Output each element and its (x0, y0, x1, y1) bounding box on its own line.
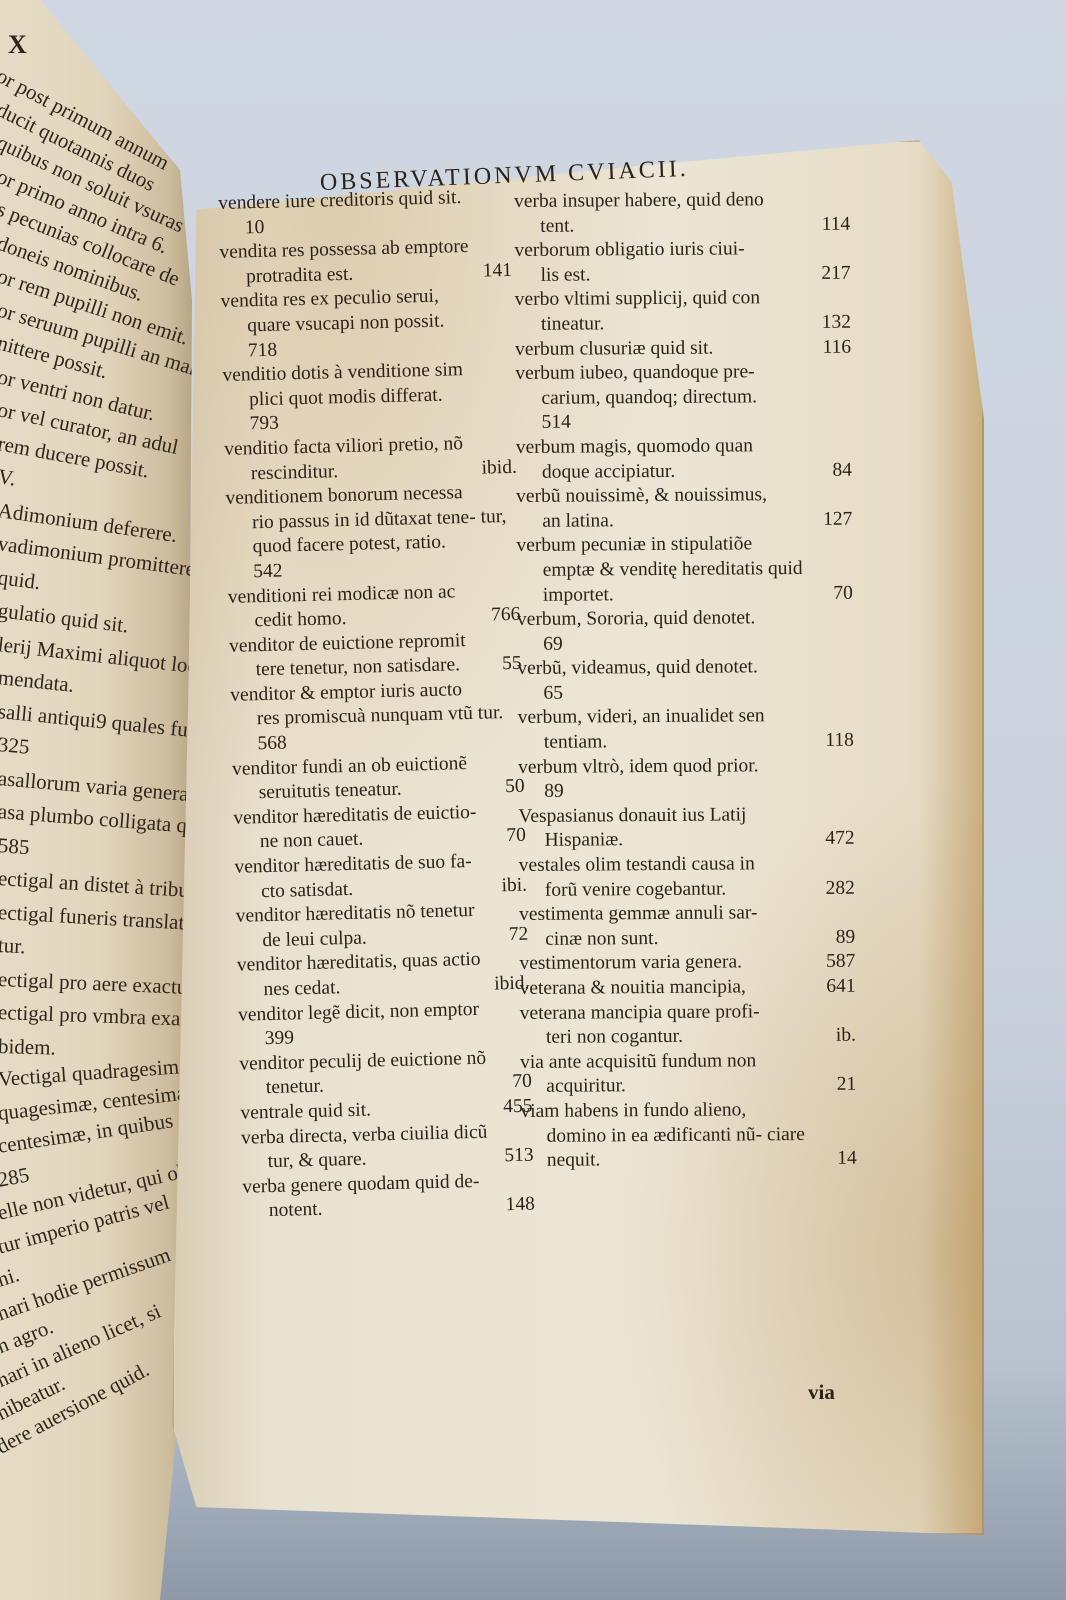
index-entry: verbum, videri, an inualidet sententiam.… (518, 704, 854, 756)
index-entry: verbo vltimi supplicij, quid contineatur… (515, 286, 851, 338)
left-page-line: salli antiqui9 quales fueri (0, 699, 211, 745)
index-entry-heading: verbum clusuriæ quid sit. (515, 335, 851, 362)
index-column-right: verba insuper habere, quid denotent.114v… (514, 188, 857, 1174)
index-entry: venditor & emptor iuris auctores promisc… (230, 677, 524, 758)
index-entry: verbũ nouissimè, & nouissimus,an latina.… (516, 483, 852, 535)
index-column-left: vendere iure creditoris quid sit.10vendi… (218, 185, 535, 1225)
index-entry-page-number: 118 (825, 729, 854, 754)
index-entry: venditor legẽ dicit, non emptor399 (238, 996, 531, 1052)
index-entry: venditionem bonorum necessario passus in… (225, 480, 519, 585)
index-entry-heading: verborum obligatio iuris ciui- (514, 237, 850, 264)
index-entry: venditor peculij de euictione nõtenetur.… (239, 1045, 532, 1101)
index-entry: viam habens in fundo alieno,domino in ea… (520, 1098, 857, 1174)
left-page-line: 285 (0, 1162, 31, 1192)
index-entry: venditioni rei modicæ non accedit homo.7… (228, 578, 521, 634)
index-entry-page-number: 70 (833, 581, 853, 606)
index-entry-continuation: carium, quandoq; directum. (515, 384, 851, 411)
index-entry-heading: viam habens in fundo alieno, (520, 1098, 856, 1125)
index-entry: venditio facta viliori pretio, nõrescind… (224, 431, 517, 487)
index-entry: vestales olim testandi causa inforũ veni… (519, 852, 855, 904)
index-entry-heading: verbum, Sororia, quid denotet. (517, 606, 853, 633)
index-entry-page-number: 141 (482, 259, 512, 284)
index-entry-heading: verbum magis, quomodo quan (516, 434, 852, 461)
index-entry-continuation: acquiritur. (520, 1073, 856, 1100)
index-entry: verba insuper habere, quid denotent.114 (514, 188, 850, 240)
left-page-line: 585 (0, 833, 30, 860)
index-entry: verborum obligatio iuris ciui-lis est.21… (514, 237, 850, 289)
index-entry: Vespasianus donauit ius LatijHispaniæ.47… (518, 802, 854, 854)
index-entry-heading: verbum vltrò, idem quod prior. (518, 753, 854, 780)
index-entry: verbum pecuniæ in stipulatiõeemptæ & ven… (516, 532, 853, 608)
left-page-line: bidem. (0, 1034, 56, 1061)
left-page-text: or post primum annumducit quotannis duos… (0, 0, 195, 1600)
index-entry-continuation: tentiam. (518, 729, 854, 756)
index-entry-continuation: an latina. (516, 507, 852, 534)
left-page-line: ectigal an distet à tributo. (0, 866, 211, 904)
index-entry-page-number: 282 (826, 876, 855, 901)
book-photograph: X or post primum annumducit quotannis du… (0, 0, 1066, 1600)
index-entry-heading: verbo vltimi supplicij, quid con (515, 286, 851, 313)
index-entry: vendita res possessa ab emptoreprotradit… (219, 234, 512, 290)
index-entry: venditor hæreditatis de suo fa-cto satis… (234, 849, 527, 905)
index-entry-heading: veterana mancipia quare profi- (520, 999, 856, 1026)
index-entry-heading: vestimenta gemmæ annuli sar- (519, 901, 855, 928)
index-entry-continuation: teri non cogantur. (520, 1024, 856, 1051)
index-entry-heading: verbũ, videamus, quid denotet. (517, 655, 853, 682)
index-entry-heading: veterana & nouitia mancipia, (519, 975, 855, 1002)
index-entry: veterana mancipia quare profi-teri non c… (520, 999, 856, 1051)
index-entry-page-number: 587 (826, 950, 855, 975)
index-entry-heading: via ante acquisitũ fundum non (520, 1048, 856, 1075)
index-entry: verba directa, verba ciuilia dicũtur, & … (241, 1119, 534, 1175)
index-entry-page-number: 148 (505, 1193, 535, 1218)
index-entry: vendere iure creditoris quid sit.10 (218, 185, 511, 241)
index-entry-continuation: forũ venire cogebantur. (519, 876, 855, 903)
index-entry-continuation: Hispaniæ. (518, 827, 854, 854)
index-entry: venditor fundi an ob euictionẽseruitutis… (232, 750, 525, 806)
left-page-line: tur. (0, 933, 26, 959)
index-entry: verbum iubeo, quandoque pre-carium, quan… (515, 360, 852, 436)
index-entry-page-number: 116 (822, 335, 851, 360)
index-entry: verba genere quodam quid de-notent.148 (242, 1168, 535, 1224)
index-entry: venditor hæreditatis nõ teneturde leui c… (235, 898, 528, 954)
index-entry: verbum, Sororia, quid denotet.69 (517, 606, 853, 658)
index-entry-page-number: 89 (518, 778, 854, 805)
index-entry-page-number: 514 (516, 409, 852, 436)
index-entry-page-number: 21 (837, 1073, 857, 1098)
index-entry: verbum clusuriæ quid sit.116 (515, 335, 851, 362)
index-entry: via ante acquisitũ fundum nonacquiritur.… (520, 1048, 856, 1100)
index-entry: venditor de euictione repromittere tenet… (229, 627, 522, 683)
index-entry-page-number: 127 (823, 507, 852, 532)
left-page-line: ectigal pro aere exactum. (0, 967, 209, 1001)
index-entry: venditor hæreditatis, quas actiones ceda… (237, 947, 530, 1003)
index-entry-page-number: 69 (517, 630, 853, 657)
index-entry-page-number: 14 (837, 1147, 857, 1172)
index-entry-page-number: 472 (825, 827, 854, 852)
index-entry-heading: Vespasianus donauit ius Latij (518, 802, 854, 829)
index-entry-continuation: rio passus in id dũtaxat tene- tur, quod… (226, 504, 519, 560)
index-entry-heading: verbum iubeo, quandoque pre- (515, 360, 851, 387)
index-entry-continuation: emptæ & venditę hereditatis quid importe… (517, 557, 853, 609)
left-page-line: 325 (0, 732, 31, 760)
index-entry-page-number: 641 (826, 975, 855, 1000)
index-entry-heading: verbum pecuniæ in stipulatiõe (516, 532, 852, 559)
index-entry-heading: verbum, videri, an inualidet sen (518, 704, 854, 731)
left-page-line: V. (0, 464, 17, 491)
index-entry-page-number: ib. (836, 1024, 856, 1049)
index-entry-page-number: 89 (836, 925, 856, 950)
left-page-line: quid. (0, 565, 42, 595)
left-page-line: gulatio quid sit. (0, 598, 130, 638)
index-entry: venditio dotis à venditione simplici quo… (222, 357, 516, 438)
index-entry-continuation: cinæ non sunt. (519, 925, 855, 952)
left-page-line: ectigal funeris translati (0, 900, 191, 936)
index-entry-page-number: 217 (821, 261, 850, 286)
index-entry-page-number: 132 (822, 311, 851, 336)
left-page-line: mendata. (0, 665, 75, 698)
index-entry: vestimentorum varia genera.587 (519, 950, 855, 977)
index-entry: verbum vltrò, idem quod prior.89 (518, 753, 854, 805)
index-entry-heading: verba insuper habere, quid deno (514, 188, 850, 215)
index-entry: vestimenta gemmæ annuli sar-cinæ non sun… (519, 901, 855, 953)
index-entry: verbũ, videamus, quid denotet.65 (517, 655, 853, 707)
index-entry-heading: vestimentorum varia genera. (519, 950, 855, 977)
index-entry: venditor hæreditatis de euictio-ne non c… (233, 800, 526, 856)
index-entry-heading: vestales olim testandi causa in (519, 852, 855, 879)
index-entry-continuation: tent. (514, 212, 850, 239)
index-entry-continuation: lis est. (515, 261, 851, 288)
index-entry-page-number: 114 (822, 212, 851, 237)
catchword: via (808, 1380, 835, 1405)
index-entry-heading: verbũ nouissimè, & nouissimus, (516, 483, 852, 510)
index-entry: veterana & nouitia mancipia,641 (519, 975, 855, 1002)
left-page-verso: X or post primum annumducit quotannis du… (0, 0, 195, 1600)
index-entry-continuation: tineatur. (515, 311, 851, 338)
index-entry: vendita res ex peculio serui,quare vsuca… (220, 283, 514, 364)
index-entry-page-number: 84 (832, 458, 852, 483)
index-entry-page-number: ibid. (481, 455, 517, 480)
index-entry-page-number: 65 (517, 680, 853, 707)
left-page-line: ni. (0, 1262, 22, 1292)
index-entry-continuation: doque accipiatur. (516, 458, 852, 485)
index-entry: verbum magis, quomodo quandoque accipiat… (516, 434, 852, 486)
index-entry-continuation: domino in ea ædificanti nũ- ciare nequit… (521, 1122, 857, 1174)
